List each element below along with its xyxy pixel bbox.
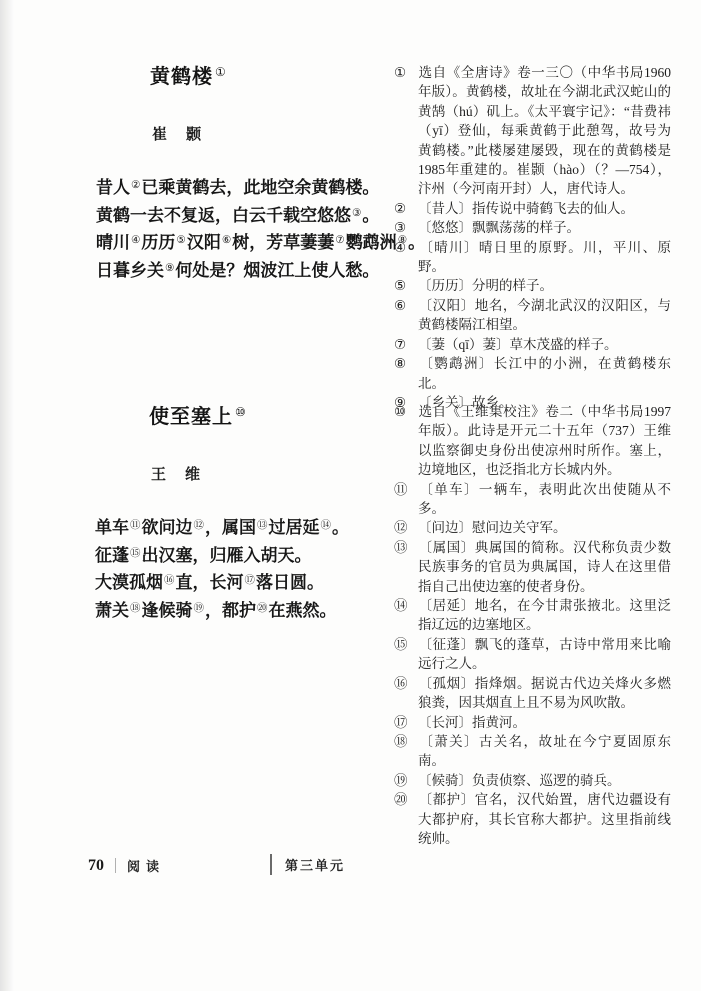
annotation-number: ② [394,199,418,218]
footer-left: 70 阅读 [88,856,165,875]
note-ref: ⑱ [130,603,141,614]
annotation-number: ⑭ [394,596,418,615]
annotation-text: 〔鹦鹉洲〕长江中的小洲，在黄鹤楼东北。 [418,356,671,390]
annotation-text: 〔单车〕一辆车，表明此次出使随从不多。 [418,482,671,516]
annotation-item: ⑤〔历历〕分明的样子。 [394,276,671,295]
annotation-item: ⑯〔孤烟〕指烽烟。据说古代边关烽火多燃狼粪，因其烟直上且不易为风吹散。 [394,674,671,713]
annotation-item: ⑲〔候骑〕负责侦察、巡逻的骑兵。 [394,771,671,790]
note-ref: ② [131,180,140,191]
poem-title-text: 黄鹤楼 [150,66,213,88]
note-ref: ① [215,65,226,79]
annotation-text: 〔汉阳〕地名，今湖北武汉的汉阳区，与黄鹤楼隔江相望。 [418,298,671,332]
poem-line: 萧关⑱逢候骑⑲，都护⑳在燕然。 [95,596,405,624]
annotation-text: 〔悠悠〕飘飘荡荡的样子。 [418,220,580,235]
note-ref: ④ [131,235,140,246]
annotation-number: ① [394,63,418,82]
poem-author: 王 维 [151,463,405,484]
poem-huanghelou: 黄鹤楼① 崔 颢 昔人②已乘黄鹤去，此地空余黄鹤楼。黄鹤一去不复返，白云千载空悠… [96,60,406,283]
note-ref: ⑫ [194,520,205,531]
annotation-text: 〔居延〕地名，在今甘肃张掖北。这里泛指辽远的边塞地区。 [418,598,671,632]
unit-label: 第三单元 [285,855,345,874]
poem-line: 日暮乡关⑨何处是？烟波江上使人愁。 [96,256,406,284]
annotation-number: ⑲ [394,771,418,790]
annotation-item: ⑩选自《王维集校注》卷二（中华书局1997年版）。此诗是开元二十五年（737）王… [394,402,671,480]
annotation-item: ⑧〔鹦鹉洲〕长江中的小洲，在黄鹤楼东北。 [394,354,671,393]
poem-line: 征蓬⑮出汉塞，归雁入胡天。 [95,541,405,569]
annotation-number: ⑤ [394,276,418,295]
annotation-text: 〔孤烟〕指烽烟。据说古代边关烽火多燃狼粪，因其烟直上且不易为风吹散。 [418,676,671,710]
annotation-number: ④ [394,238,418,257]
poem-lines: 单车⑪欲问边⑫，属国⑬过居延⑭。征蓬⑮出汉塞，归雁入胡天。大漠孤烟⑯直，长河⑰落… [95,513,405,623]
poem-line: 晴川④历历⑤汉阳⑥树，芳草萋萋⑦鹦鹉洲⑧。 [96,228,406,256]
annotation-number: ⑪ [394,480,418,499]
footer-right: 第三单元 [270,854,345,875]
note-ref: ⑮ [130,548,141,559]
footer-divider [115,858,116,873]
annotation-number: ⑳ [394,790,418,809]
annotation-number: ⑩ [394,402,418,421]
poem-line: 昔人②已乘黄鹤去，此地空余黄鹤楼。 [96,173,406,201]
note-ref: ⑥ [222,235,231,246]
note-ref: ③ [352,208,361,219]
annotation-text: 〔长河〕指黄河。 [418,715,526,730]
annotation-number: ⑦ [394,335,418,354]
note-ref: ⑰ [245,575,256,586]
annotation-text: 〔问边〕慰问边关守军。 [418,520,567,535]
poem-title: 黄鹤楼① [150,60,406,89]
annotation-text: 〔昔人〕指传说中骑鹤飞去的仙人。 [418,201,634,216]
annotation-number: ⑯ [394,674,418,693]
annotation-item: ⑳〔都护〕官名，汉代始置，唐代边疆设有大都护府，其长官称大都护。这里指前线统帅。 [394,790,671,848]
annotation-text: 〔晴川〕晴日里的原野。川，平川、原野。 [418,240,671,274]
annotation-number: ③ [394,218,418,237]
note-ref: ⑭ [321,520,332,531]
annotations-group-poem2: ⑩选自《王维集校注》卷二（中华书局1997年版）。此诗是开元二十五年（737）王… [394,402,671,848]
annotation-item: ④〔晴川〕晴日里的原野。川，平川、原野。 [394,238,671,277]
note-ref: ⑲ [194,603,205,614]
annotation-text: 选自《王维集校注》卷二（中华书局1997年版）。此诗是开元二十五年（737）王维… [418,404,671,477]
annotation-text: 〔候骑〕负责侦察、巡逻的骑兵。 [418,773,621,788]
poem-title: 使至塞上⑩ [149,400,405,429]
section-label: 阅读 [127,856,165,875]
note-ref: ⑨ [165,263,174,274]
note-ref: ⑬ [257,520,268,531]
poem-line: 黄鹤一去不复返，白云千载空悠悠③。 [96,201,406,229]
note-ref: ⑦ [335,235,344,246]
annotation-number: ⑬ [394,538,418,557]
annotation-item: ②〔昔人〕指传说中骑鹤飞去的仙人。 [394,199,671,218]
annotation-number: ⑱ [394,732,418,751]
annotation-item: ⑦〔萋（qī）萋〕草木茂盛的样子。 [394,335,671,354]
annotation-text: 〔征蓬〕飘飞的蓬草，古诗中常用来比喻远行之人。 [418,637,671,671]
annotation-item: ⑪〔单车〕一辆车，表明此次出使随从不多。 [394,480,671,519]
note-ref: ⑯ [164,575,175,586]
note-ref: ⑤ [176,235,185,246]
annotation-number: ⑮ [394,635,418,654]
annotation-text: 〔属国〕典属国的简称。汉代称负责少数民族事务的官员为典属国，诗人在这里借指自己出… [418,540,671,594]
annotation-text: 〔萋（qī）萋〕草木茂盛的样子。 [418,337,618,352]
annotation-text: 选自《全唐诗》卷一三〇（中华书局1960年版）。黄鹤楼，故址在今湖北武汉蛇山的黄… [418,65,671,196]
annotation-number: ⑰ [394,713,418,732]
annotation-item: ⑬〔属国〕典属国的简称。汉代称负责少数民族事务的官员为典属国，诗人在这里借指自己… [394,538,671,596]
note-ref: ⑩ [235,405,246,419]
annotation-number: ⑧ [394,354,418,373]
annotation-item: ①选自《全唐诗》卷一三〇（中华书局1960年版）。黄鹤楼，故址在今湖北武汉蛇山的… [394,63,671,199]
page-number: 70 [88,857,104,875]
note-ref: ⑪ [130,520,141,531]
annotation-item: ⑭〔居延〕地名，在今甘肃张掖北。这里泛指辽远的边塞地区。 [394,596,671,635]
annotation-text: 〔萧关〕古关名，故址在今宁夏固原东南。 [418,734,671,768]
annotation-item: ③〔悠悠〕飘飘荡荡的样子。 [394,218,671,237]
textbook-page: 黄鹤楼① 崔 颢 昔人②已乘黄鹤去，此地空余黄鹤楼。黄鹤一去不复返，白云千载空悠… [0,0,701,991]
poem-author: 崔 颢 [152,123,406,144]
annotations-group-poem1: ①选自《全唐诗》卷一三〇（中华书局1960年版）。黄鹤楼，故址在今湖北武汉蛇山的… [394,63,671,412]
annotation-item: ⑥〔汉阳〕地名，今湖北武汉的汉阳区，与黄鹤楼隔江相望。 [394,296,671,335]
annotation-item: ⑱〔萧关〕古关名，故址在今宁夏固原东南。 [394,732,671,771]
footer-divider [270,854,272,875]
note-ref: ⑳ [257,603,268,614]
annotation-item: ⑮〔征蓬〕飘飞的蓬草，古诗中常用来比喻远行之人。 [394,635,671,674]
poem-shizhisaishang: 使至塞上⑩ 王 维 单车⑪欲问边⑫，属国⑬过居延⑭。征蓬⑮出汉塞，归雁入胡天。大… [95,400,405,623]
annotation-item: ⑫〔问边〕慰问边关守军。 [394,518,671,537]
poem-line: 大漠孤烟⑯直，长河⑰落日圆。 [95,568,405,596]
poem-title-text: 使至塞上 [149,406,233,428]
annotation-text: 〔历历〕分明的样子。 [418,278,553,293]
poem-lines: 昔人②已乘黄鹤去，此地空余黄鹤楼。黄鹤一去不复返，白云千载空悠悠③。晴川④历历⑤… [96,173,406,283]
annotation-item: ⑰〔长河〕指黄河。 [394,713,671,732]
annotation-number: ⑥ [394,296,418,315]
annotation-text: 〔都护〕官名，汉代始置，唐代边疆设有大都护府，其长官称大都护。这里指前线统帅。 [418,792,671,846]
poem-line: 单车⑪欲问边⑫，属国⑬过居延⑭。 [95,513,405,541]
annotation-number: ⑫ [394,518,418,537]
